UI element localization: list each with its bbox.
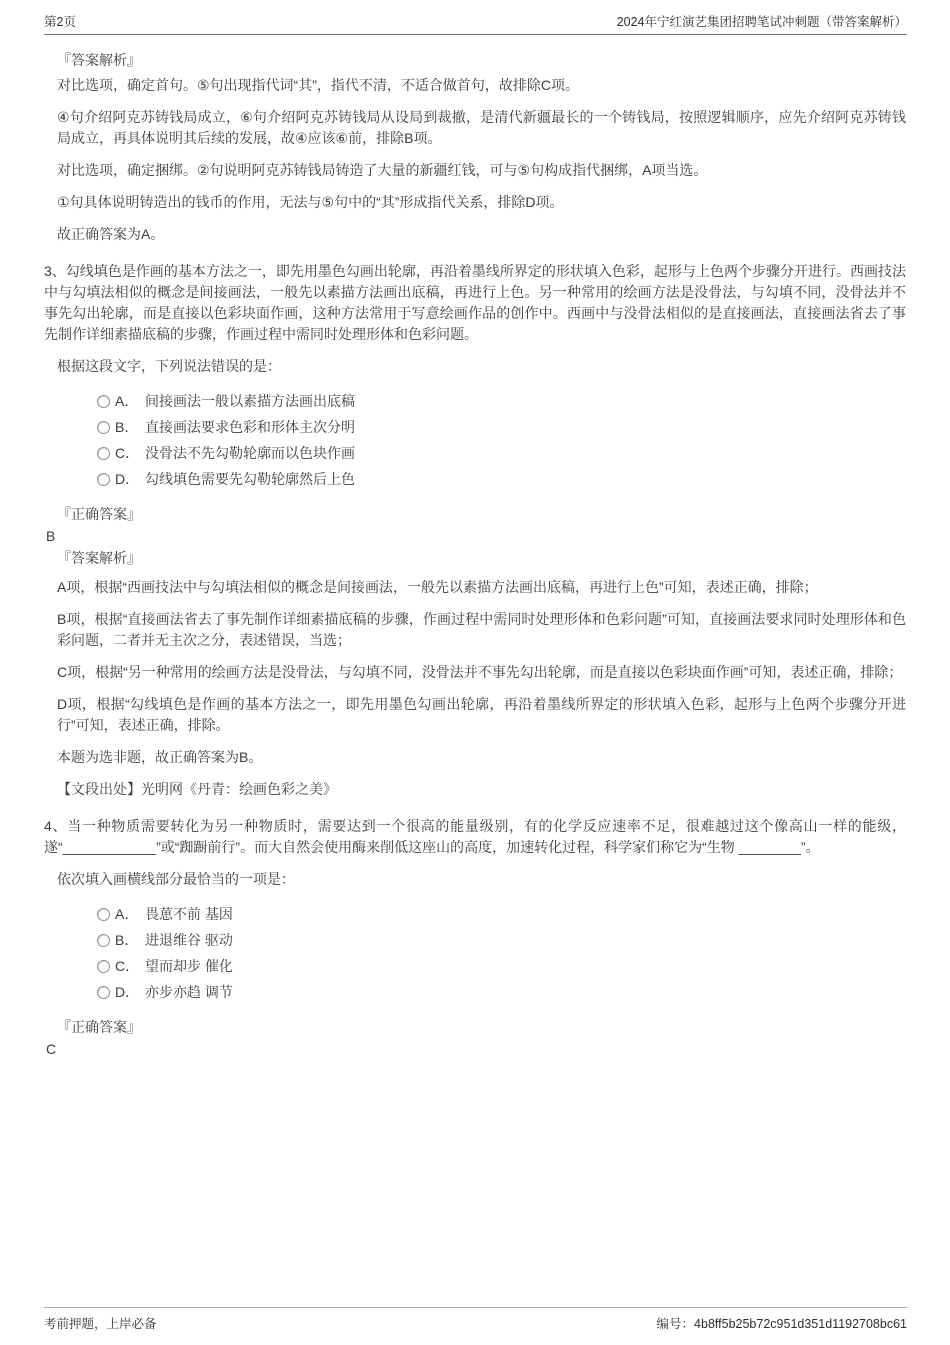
question3-source: 【文段出处】光明网《丹青：绘画色彩之美》	[44, 779, 906, 800]
option-text: 亦步亦趋 调节	[145, 982, 233, 1002]
question3-option-d: D． 勾线填色需要先勾勒轮廓然后上色	[44, 466, 906, 492]
radio-button[interactable]	[97, 421, 110, 434]
correct-answer-label: 『正确答案』	[44, 1017, 906, 1038]
correct-answer-value: B	[44, 526, 906, 547]
question3-analysis-conclusion: 本题为选非题，故正确答案为B。	[44, 747, 906, 768]
question4-stem: 4、当一种物质需要转化为另一种物质时，需要达到一个很高的能量级别，有的化学反应速…	[44, 816, 906, 858]
option-letter: C．	[115, 443, 145, 463]
radio-button[interactable]	[97, 934, 110, 947]
analysis-paragraph: ④句介绍阿克苏铸钱局成立，⑥句介绍阿克苏铸钱局从设局到裁撤，是清代新疆最长的一个…	[44, 107, 906, 149]
question3-stem: 3、勾线填色是作画的基本方法之一，即先用墨色勾画出轮廓，再沿着墨线所界定的形状填…	[44, 261, 906, 345]
footer-serial-number: 编号：4b8ff5b25b72c951d351d1192708bc61	[657, 1314, 907, 1332]
question4-option-d: D． 亦步亦趋 调节	[44, 979, 906, 1005]
analysis-label: 『答案解析』	[44, 50, 906, 71]
radio-button[interactable]	[97, 986, 110, 999]
correct-answer-label: 『正确答案』	[44, 504, 906, 525]
option-letter: B．	[115, 930, 145, 950]
option-text: 没骨法不先勾勒轮廓而以色块作画	[145, 443, 355, 463]
option-letter: B．	[115, 417, 145, 437]
question3-option-c: C． 没骨法不先勾勒轮廓而以色块作画	[44, 440, 906, 466]
option-letter: D．	[115, 469, 145, 489]
option-letter: C．	[115, 956, 145, 976]
question3-analysis-a: A项，根据“西画技法中与勾填法相似的概念是间接画法，一般先以素描方法画出底稿，再…	[44, 577, 906, 598]
document-title: 2024年宁红演艺集团招聘笔试冲刺题（带答案解析）	[617, 12, 907, 30]
option-letter: A．	[115, 904, 145, 924]
question4-prompt: 依次填入画横线部分最恰当的一项是：	[44, 869, 906, 890]
page-header: 第2页 2024年宁红演艺集团招聘笔试冲刺题（带答案解析）	[44, 12, 907, 35]
question4-options: A． 畏葸不前 基因 B． 进退维谷 驱动 C． 望而却步 催化 D． 亦步亦趋…	[44, 901, 906, 1005]
footer-slogan: 考前押题，上岸必备	[44, 1314, 157, 1332]
option-text: 勾线填色需要先勾勒轮廓然后上色	[145, 469, 355, 489]
question4-option-a: A． 畏葸不前 基因	[44, 901, 906, 927]
analysis-paragraph: ①句具体说明铸造出的钱币的作用，无法与⑤句中的“其”形成指代关系，排除D项。	[44, 192, 906, 213]
radio-button[interactable]	[97, 473, 110, 486]
radio-button[interactable]	[97, 908, 110, 921]
page-content: 『答案解析』 对比选项，确定首句。⑤句出现指代词“其”，指代不清，不适合做首句，…	[44, 50, 906, 1061]
question3-analysis-d: D项，根据“勾线填色是作画的基本方法之一，即先用墨色勾画出轮廓，再沿着墨线所界定…	[44, 694, 906, 736]
page-number: 第2页	[44, 12, 76, 30]
question3-analysis-b: B项，根据“直接画法省去了事先制作详细素描底稿的步骤，作画过程中需同时处理形体和…	[44, 609, 906, 651]
option-text: 直接画法要求色彩和形体主次分明	[145, 417, 355, 437]
analysis-label: 『答案解析』	[44, 548, 906, 569]
analysis-paragraph: 对比选项，确定首句。⑤句出现指代词“其”，指代不清，不适合做首句，故排除C项。	[44, 75, 906, 96]
page-footer: 考前押题，上岸必备 编号：4b8ff5b25b72c951d351d119270…	[44, 1307, 907, 1332]
question3-analysis-c: C项，根据“另一种常用的绘画方法是没骨法，与勾填不同，没骨法并不事先勾出轮廓，而…	[44, 662, 906, 683]
option-text: 间接画法一般以素描方法画出底稿	[145, 391, 355, 411]
question4-option-c: C． 望而却步 催化	[44, 953, 906, 979]
question4-option-b: B． 进退维谷 驱动	[44, 927, 906, 953]
question3-prompt: 根据这段文字，下列说法错误的是：	[44, 356, 906, 377]
radio-button[interactable]	[97, 960, 110, 973]
document-page: 第2页 2024年宁红演艺集团招聘笔试冲刺题（带答案解析） 『答案解析』 对比选…	[0, 0, 950, 1345]
question3-option-a: A． 间接画法一般以素描方法画出底稿	[44, 388, 906, 414]
question3-options: A． 间接画法一般以素描方法画出底稿 B． 直接画法要求色彩和形体主次分明 C．…	[44, 388, 906, 492]
analysis-conclusion: 故正确答案为A。	[44, 224, 906, 245]
analysis-paragraph: 对比选项，确定捆绑。②句说明阿克苏铸钱局铸造了大量的新疆红钱，可与⑤句构成指代捆…	[44, 160, 906, 181]
option-text: 畏葸不前 基因	[145, 904, 233, 924]
option-letter: A．	[115, 391, 145, 411]
correct-answer-value: C	[44, 1039, 906, 1060]
option-text: 望而却步 催化	[145, 956, 233, 976]
radio-button[interactable]	[97, 447, 110, 460]
option-text: 进退维谷 驱动	[145, 930, 233, 950]
question3-option-b: B． 直接画法要求色彩和形体主次分明	[44, 414, 906, 440]
option-letter: D．	[115, 982, 145, 1002]
radio-button[interactable]	[97, 395, 110, 408]
